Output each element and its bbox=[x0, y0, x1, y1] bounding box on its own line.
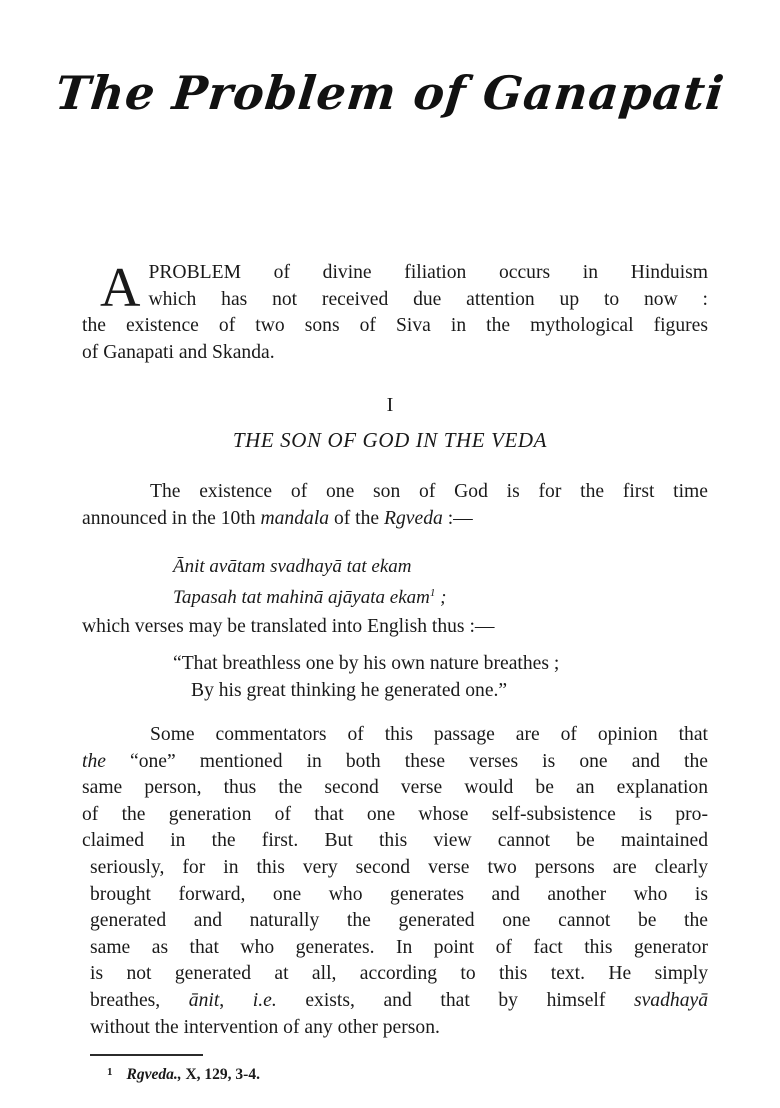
italic-term: svadhayā bbox=[634, 990, 708, 1011]
intro-line: of Ganapati and Skanda. bbox=[82, 340, 708, 367]
paragraph-1: The existence of one son of God is for t… bbox=[82, 479, 708, 532]
italic-term: i.e. bbox=[253, 990, 277, 1011]
paragraph-line: seriously, for in this very second verse… bbox=[82, 855, 708, 882]
quote-line: “That breathless one by his own nature b… bbox=[173, 650, 559, 677]
book-page: The Problem of Ganapati A PROBLEM of div… bbox=[0, 0, 780, 1108]
text-run: exists, and that by himself bbox=[277, 990, 634, 1011]
intro-paragraph: A PROBLEM of divine filiation occurs in … bbox=[82, 260, 708, 366]
verse-line: Tapasah tat mahinā ajāyata ekam1 ; bbox=[173, 580, 446, 611]
paragraph-line: same as that who generates. In point of … bbox=[82, 935, 708, 962]
footnote: 1Rgveda., X, 129, 3-4. bbox=[107, 1066, 260, 1084]
text-run: of the bbox=[329, 508, 384, 529]
paragraph-2: Some commentators of this passage are of… bbox=[82, 722, 708, 1041]
paragraph-line: is not generated at all, according to th… bbox=[82, 961, 708, 988]
paragraph-line: of the generation of that one whose self… bbox=[82, 802, 708, 829]
sanskrit-verse: Ānit avātam svadhayā tat ekam Tapasah ta… bbox=[173, 553, 446, 611]
intro-line: which has not received due attention up … bbox=[82, 287, 708, 314]
chapter-title: The Problem of Ganapati bbox=[0, 66, 780, 120]
paragraph-line: Some commentators of this passage are of… bbox=[82, 722, 708, 749]
italic-term: ānit bbox=[189, 990, 219, 1011]
text-run: “one” mentioned in both these verses is … bbox=[106, 751, 708, 772]
text-run: ; bbox=[435, 587, 446, 608]
paragraph-line: brought forward, one who generates and a… bbox=[82, 882, 708, 909]
bridge-sentence: which verses may be translated into Engl… bbox=[82, 616, 494, 638]
intro-line: PROBLEM of divine filiation occurs in Hi… bbox=[82, 260, 708, 287]
text-run: Tapasah tat mahinā ajāyata ekam bbox=[173, 587, 430, 608]
quote-line: By his great thinking he generated one.” bbox=[173, 677, 559, 704]
italic-term: mandala bbox=[260, 508, 329, 529]
paragraph-line: without the intervention of any other pe… bbox=[82, 1015, 708, 1042]
verse-line: Ānit avātam svadhayā tat ekam bbox=[173, 553, 446, 580]
text-run: :— bbox=[443, 508, 473, 529]
text-run: breathes, bbox=[90, 990, 189, 1011]
paragraph-line: announced in the 10th mandala of the Rgv… bbox=[82, 506, 708, 533]
intro-line: the existence of two sons of Siva in the… bbox=[82, 313, 708, 340]
paragraph-line: generated and naturally the generated on… bbox=[82, 908, 708, 935]
italic-term: Rgveda bbox=[384, 508, 443, 529]
paragraph-line: The existence of one son of God is for t… bbox=[82, 479, 708, 506]
drop-cap: A bbox=[100, 266, 140, 310]
section-title: THE SON OF GOD IN THE VEDA bbox=[0, 428, 780, 453]
translation-quote: “That breathless one by his own nature b… bbox=[173, 650, 559, 704]
footnote-number: 1 bbox=[107, 1066, 113, 1078]
text-run: , bbox=[219, 990, 253, 1011]
italic-term: the bbox=[82, 751, 106, 772]
footnote-source: Rgveda., bbox=[127, 1066, 182, 1083]
paragraph-line: breathes, ānit, i.e. exists, and that by… bbox=[82, 988, 708, 1015]
paragraph-line: same person, thus the second verse would… bbox=[82, 775, 708, 802]
text-run: announced in the 10th bbox=[82, 508, 260, 529]
footnote-divider bbox=[90, 1054, 203, 1056]
section-numeral: I bbox=[0, 394, 780, 417]
paragraph-line: the “one” mentioned in both these verses… bbox=[82, 749, 708, 776]
footnote-reference: X, 129, 3-4. bbox=[182, 1066, 260, 1083]
paragraph-line: claimed in the first. But this view cann… bbox=[82, 828, 708, 855]
